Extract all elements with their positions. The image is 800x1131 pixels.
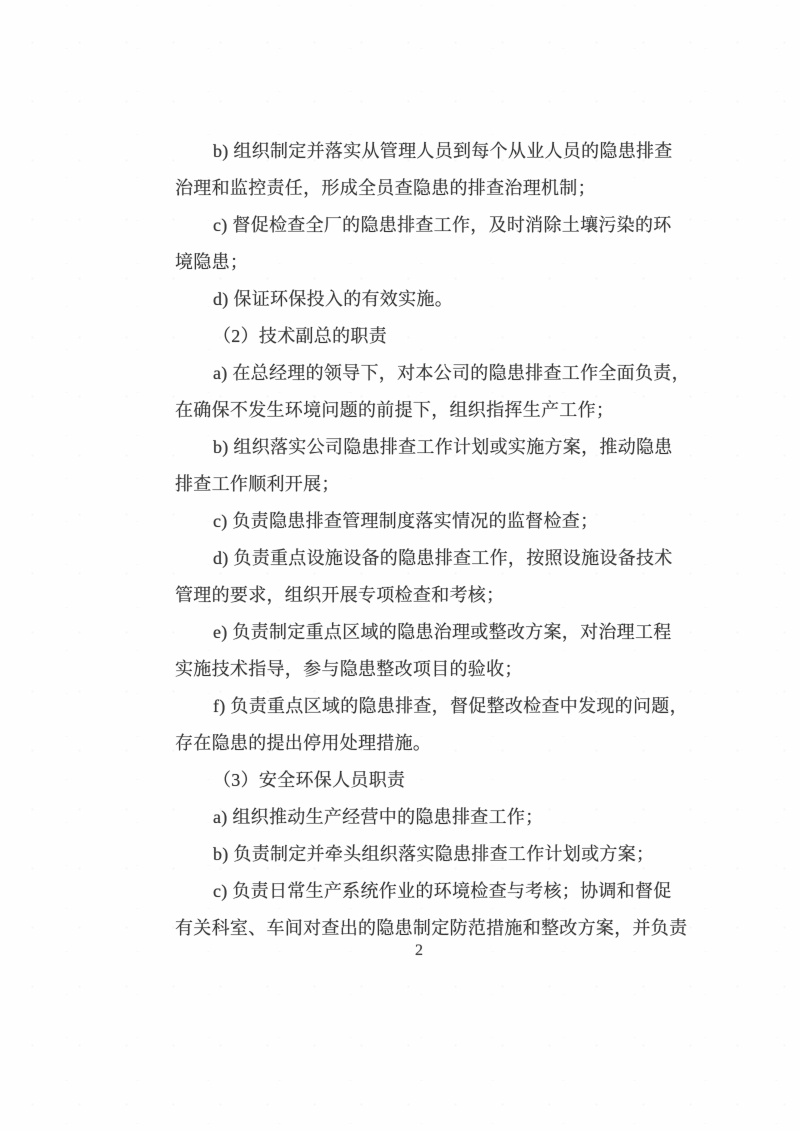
text-line: b) 组织制定并落实从管理人员到每个从业人员的隐患排查 — [175, 133, 675, 170]
text-line: d) 保证环保投入的有效实施。 — [175, 281, 675, 318]
text-line: a) 在总经理的领导下，对本公司的隐患排查工作全面负责， — [175, 355, 675, 392]
text-line: 境隐患； — [175, 244, 675, 281]
text-line: 排查工作顺利开展； — [175, 466, 675, 503]
text-line: （3）安全环保人员职责 — [175, 762, 675, 799]
text-line: 在确保不发生环境问题的前提下，组织指挥生产工作； — [175, 392, 675, 429]
text-line: c) 负责隐患排查管理制度落实情况的监督检查； — [175, 503, 675, 540]
text-line: 管理的要求，组织开展专项检查和考核； — [175, 577, 675, 614]
text-line: c) 督促检查全厂的隐患排查工作，及时消除土壤污染的环 — [175, 207, 675, 244]
text-line: a) 组织推动生产经营中的隐患排查工作； — [175, 799, 675, 836]
text-line: 存在隐患的提出停用处理措施。 — [175, 725, 675, 762]
scanned-page: b) 组织制定并落实从管理人员到每个从业人员的隐患排查治理和监控责任，形成全员查… — [0, 0, 800, 1131]
text-line: 治理和监控责任，形成全员查隐患的排查治理机制； — [175, 170, 675, 207]
text-line: 实施技术指导，参与隐患整改项目的验收； — [175, 651, 675, 688]
text-line: c) 负责日常生产系统作业的环境检查与考核；协调和督促 — [175, 873, 675, 910]
text-line: b) 负责制定并牵头组织落实隐患排查工作计划或方案； — [175, 836, 675, 873]
text-line: d) 负责重点设施设备的隐患排查工作，按照设施设备技术 — [175, 540, 675, 577]
text-line: （2）技术副总的职责 — [175, 318, 675, 355]
text-line: f) 负责重点区域的隐患排查，督促整改检查中发现的问题， — [175, 688, 675, 725]
document-body: b) 组织制定并落实从管理人员到每个从业人员的隐患排查治理和监控责任，形成全员查… — [175, 133, 675, 947]
page-number: 2 — [404, 936, 434, 966]
text-line: e) 负责制定重点区域的隐患治理或整改方案，对治理工程 — [175, 614, 675, 651]
text-line: b) 组织落实公司隐患排查工作计划或实施方案，推动隐患 — [175, 429, 675, 466]
